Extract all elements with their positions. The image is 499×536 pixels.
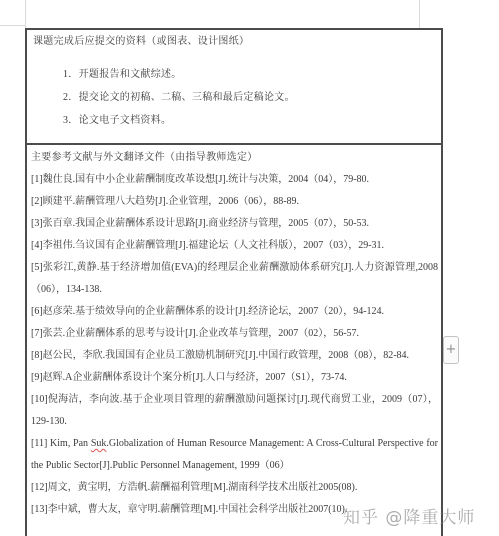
deliverable-item: 2．提交论文的初稿、二稿、三稿和最后定稿论文。 [33,86,435,109]
deliverable-item: 1．开题报告和文献综述。 [33,63,435,86]
reference-text-before-misspelling: [11] Kim, Pan [31,438,91,449]
thesis-form-table: 课题完成后应提交的资料（或图表、设计图纸） 1．开题报告和文献综述。 2．提交论… [25,28,443,536]
references-cell: 主要参考文献与外文翻译文件（由指导教师选定） [1]魏仕良.国有中小企业薪酬制度… [27,145,441,521]
reference-item: [13]李中斌，曹大友，章守明.薪酬管理[M].中国社会科学出版社2007(10… [31,499,438,521]
deliverables-list: 1．开题报告和文献综述。 2．提交论文的初稿、二稿、三稿和最后定稿论文。 3．论… [33,63,435,132]
references-header: 主要参考文献与外文翻译文件（由指导教师选定） [31,147,438,169]
deliverable-item: 3．论文电子文档资料。 [33,109,435,132]
reference-item: [12]周文，黄宝明，方浩帆.薪酬福利管理[M].湖南科学技术出版社2005(0… [31,477,438,499]
reference-item: [1]魏仕良.国有中小企业薪酬制度改革设想[J].统计与决策，2004（04），… [31,169,438,191]
margin-mark-top-right-vertical [419,0,420,28]
spellcheck-flagged-word: Suk [91,438,107,449]
reference-item: [5]张彩江,黄静.基于经济增加值(EVA)的经理层企业薪酬激励体系研究[J].… [31,257,438,301]
deliverables-cell: 课题完成后应提交的资料（或图表、设计图纸） 1．开题报告和文献综述。 2．提交论… [27,30,441,145]
margin-mark-top-left-vertical [25,0,26,28]
reference-item: [10]倪海洁，李向波.基于企业项目管理的薪酬激励问题探讨[J].现代商贸工业，… [31,389,438,433]
reference-item: [11] Kim, Pan Suk.Globalization of Human… [31,433,438,477]
reference-item: [3]张百章.我国企业薪酬体系设计思路[J].商业经济与管理，2005（07），… [31,213,438,235]
plus-button[interactable]: + [443,336,459,364]
reference-item: [7]张芸.企业薪酬体系的思考与设计[J].企业改革与管理，2007（02），5… [31,323,438,345]
reference-item: [9]赵辉.A企业薪酬体系设计个案分析[J].人口与经济，2007（S1），73… [31,367,438,389]
deliverables-title: 课题完成后应提交的资料（或图表、设计图纸） [33,34,435,50]
reference-item: [8]赵公民，李欣.我国国有企业员工激励机制研究[J].中国行政管理，2008（… [31,345,438,367]
margin-mark-top-left-horizontal [0,25,25,26]
reference-item: [2]顾建平.薪酬管理八大趋势[J].企业管理，2006（06），88-89. [31,191,438,213]
reference-item: [4]李祖伟.刍议国有企业薪酬管理[J].福建论坛（人文社科版），2007（03… [31,235,438,257]
reference-item: [6]赵彦荣.基于绩效导向的企业薪酬体系的设计[J].经济论坛，2007（20）… [31,301,438,323]
plus-icon: + [446,337,457,363]
